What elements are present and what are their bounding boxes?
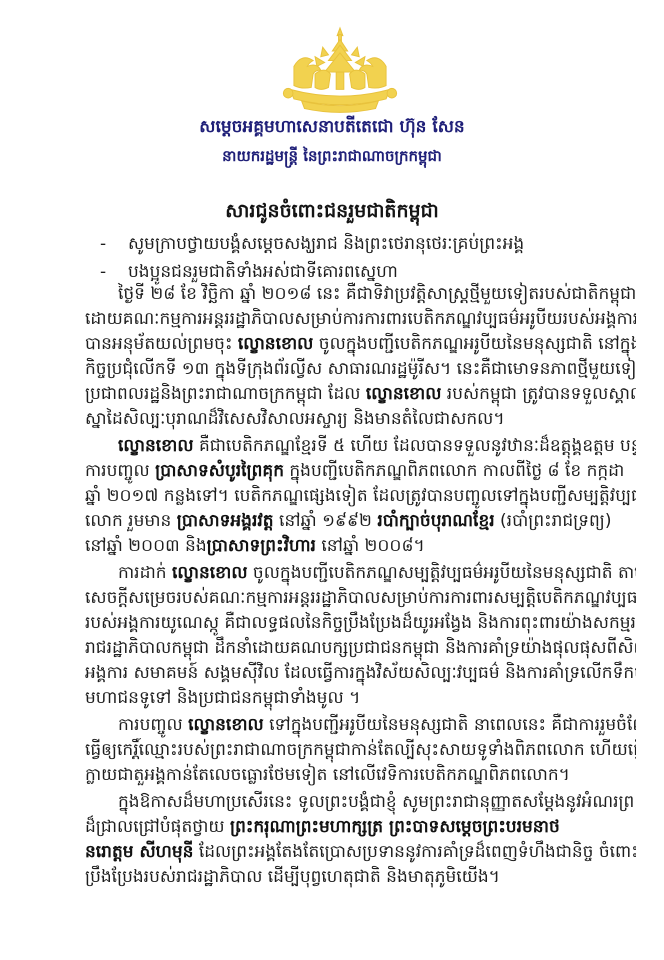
text-line: ការបញ្ចូល ល្ខោនខោល ទៅក្នុងបញ្ជីអរូបីយនៃម… — [85, 713, 636, 738]
text-segment: ប្រជាពលរដ្ឋនិងព្រះរាជាណាចក្រកម្ពុជា ដែល — [85, 384, 366, 404]
text-segment: នៅឆ្នាំ ២០០៣ និង — [85, 536, 207, 556]
text-segment: ដោយគណៈកម្មការអន្តររដ្ឋាភិបាលសម្រាប់ការកា… — [85, 309, 636, 329]
emphasized-text: ព្រះករុណាព្រះមហាក្សត្រ ព្រះបាទសម្តេចព្រះ… — [230, 817, 560, 837]
text-segment: លោក រួមមាន — [85, 511, 177, 531]
text-segment: ដ៏ជ្រាលជ្រៅបំផុតថ្វាយ — [85, 817, 230, 837]
emphasized-text: ល្ខោនខោល — [172, 563, 248, 583]
text-segment: ស្នាដៃសិល្បៈបុរាណដ៏វិសេសវិសាលអស្ចារ្យ និ… — [85, 409, 505, 429]
text-segment: របស់អង្គការយូណេស្កូ គឺជាលទ្ធផលនៃកិច្ចប្រ… — [85, 613, 636, 633]
paragraph: ការដាក់ ល្ខោនខោល ចូលក្នុងបញ្ជីបេតិកភណ្ឌស… — [85, 561, 636, 711]
text-line: មហាជនទូទៅ និងប្រជាជនកម្ពុជាទាំងមូល ។ — [85, 686, 636, 711]
paragraph: ល្ខោនខោល គឺជាបេតិកភណ្ឌខ្មែរទី ៥ ហើយ ដែលប… — [85, 434, 636, 559]
text-line: ប្រជាពលរដ្ឋនិងព្រះរាជាណាចក្រកម្ពុជា ដែល … — [85, 382, 636, 407]
text-line: ការដាក់ ល្ខោនខោល ចូលក្នុងបញ្ជីបេតិកភណ្ឌស… — [85, 561, 636, 586]
text-line: របស់អង្គការយូណេស្កូ គឺជាលទ្ធផលនៃកិច្ចប្រ… — [85, 611, 636, 636]
text-segment: ចូលក្នុងបញ្ជីបេតិកភណ្ឌសម្បត្តិវប្បធម៌អរូ… — [248, 563, 636, 583]
emphasized-text: ល្ខោនខោល — [238, 334, 314, 354]
text-segment: ទៅក្នុងបញ្ជីអរូបីយនៃមនុស្សជាតិ នាពេលនេះ … — [264, 715, 636, 735]
text-line: នៅឆ្នាំ ២០០៣ និងប្រាសាទព្រះវិហារ នៅឆ្នាំ… — [85, 534, 636, 559]
text-line: ល្ខោនខោល គឺជាបេតិកភណ្ឌខ្មែរទី ៥ ហើយ ដែលប… — [85, 434, 636, 459]
emphasized-text: ល្ខោនខោល — [366, 384, 442, 404]
page-title: សារជូនចំពោះជនរួមជាតិកម្ពុជា — [0, 199, 664, 227]
text-segment: ការដាក់ — [118, 563, 172, 583]
text-segment: ថ្ងៃទី ២៨ ខែ វិច្ឆិកា ឆ្នាំ ២០១៨ នេះ គឺជ… — [118, 284, 636, 304]
paragraph: ក្នុងឱកាសដ៏មហាប្រសើរនេះ ទូលព្រះបង្គំជាខ្… — [85, 790, 636, 890]
text-segment: សេចក្តីសម្រេចរបស់គណៈកម្មការអន្តររដ្ឋាភិប… — [85, 588, 636, 608]
text-segment: ក្នុងបញ្ជីបេតិកភណ្ឌពិភពលោក កាលពីថ្ងៃ ៨ ខ… — [284, 461, 624, 481]
text-line: ដោយគណៈកម្មការអន្តររដ្ឋាភិបាលសម្រាប់ការកា… — [85, 307, 636, 332]
text-line: រាជរដ្ឋាភិបាលកម្ពុជា ដឹកនាំដោយគណបក្សប្រជ… — [85, 636, 636, 661]
text-line: ការបញ្ចូល ប្រាសាទសំបូរព្រៃគុក ក្នុងបញ្ជី… — [85, 459, 636, 484]
text-segment: ឆ្នាំ ២០១៧ កន្លងទៅ។ បេតិកភណ្ឌផ្សេងទៀត ដែ… — [85, 486, 636, 506]
emphasized-text: ប្រាសាទអង្គរវត្ត — [177, 511, 274, 531]
text-line: សេចក្តីសម្រេចរបស់គណៈកម្មការអន្តររដ្ឋាភិប… — [85, 586, 636, 611]
text-segment: បានអនុម័តយល់ព្រមចុះ — [85, 334, 238, 354]
text-segment: រាជរដ្ឋាភិបាលកម្ពុជា ដឹកនាំដោយគណបក្សប្រជ… — [85, 638, 636, 658]
text-segment: ការបញ្ចូល — [85, 461, 155, 481]
text-segment: ចូលក្នុងបញ្ជីបេតិកភណ្ឌអរូបីយនៃមនុស្សជាតិ… — [313, 334, 636, 354]
text-line: ធ្វើឲ្យកេរ្តិ៍ឈ្មោះរបស់ព្រះរាជាណាចក្រកម្… — [85, 738, 636, 763]
text-segment: នៅឆ្នាំ ១៩៩២ — [274, 511, 378, 531]
text-line: ប្រឹងប្រែងរបស់រាជរដ្ឋាភិបាល ដើម្បីបុព្វហ… — [85, 865, 636, 890]
bullet-dash: - — [100, 230, 128, 258]
text-segment: ការបញ្ចូល — [118, 715, 188, 735]
paragraph: ការបញ្ចូល ល្ខោនខោល ទៅក្នុងបញ្ជីអរូបីយនៃម… — [85, 713, 636, 788]
emphasized-text: ប្រាសាទសំបូរព្រៃគុក — [155, 461, 284, 481]
text-line: លោក រួមមាន ប្រាសាទអង្គរវត្ត នៅឆ្នាំ ១៩៩២… — [85, 509, 636, 534]
text-segment: មហាជនទូទៅ និងប្រជាជនកម្ពុជាទាំងមូល ។ — [85, 688, 360, 708]
text-line: ស្នាដៃសិល្បៈបុរាណដ៏វិសេសវិសាលអស្ចារ្យ និ… — [85, 407, 636, 432]
text-segment: នៅឆ្នាំ ២០០៨។ — [316, 536, 425, 556]
text-line: បានអនុម័តយល់ព្រមចុះ ល្ខោនខោល ចូលក្នុងបញ្… — [85, 332, 636, 357]
letterhead-name: សម្តេចអគ្គមហាសេនាបតីតេជោ ហ៊ុន សែន — [0, 116, 664, 141]
document-page: សម្តេចអគ្គមហាសេនាបតីតេជោ ហ៊ុន សែន នាយករដ… — [0, 0, 664, 960]
text-line: អង្គការ សមាគមន៍ សង្គមស៊ីវិល ដែលធ្វើការក្… — [85, 661, 636, 686]
emphasized-text: ប្រាសាទព្រះវិហារ — [207, 536, 316, 556]
text-segment: ប្រឹងប្រែងរបស់រាជរដ្ឋាភិបាល ដើម្បីបុព្វហ… — [85, 867, 500, 887]
text-line: កិច្ចប្រជុំលើកទី ១៣ ក្នុងទីក្រុងព័រល្វីស… — [85, 357, 636, 382]
text-line: ក្លាយជាតួអង្គកាន់តែលេចធ្លោរថែមទៀត នៅលើវេ… — [85, 763, 636, 788]
emphasized-text: ល្ខោនខោល — [188, 715, 264, 735]
emphasized-text: ល្ខោនខោល — [118, 436, 194, 456]
text-line: នរោត្តម សីហមុនី ដែលព្រះអង្គតែងតែប្រោសប្រ… — [85, 840, 636, 865]
salutation-item: -សូមក្រាបថ្វាយបង្គំសម្តេចសង្ឃរាជ និងព្រះ… — [100, 230, 634, 258]
text-segment: គឺជាបេតិកភណ្ឌខ្មែរទី ៥ ហើយ ដែលបានទទួលនូវ… — [194, 436, 636, 456]
text-segment: កិច្ចប្រជុំលើកទី ១៣ ក្នុងទីក្រុងព័រល្វីស… — [85, 359, 636, 379]
body-text: ថ្ងៃទី ២៨ ខែ វិច្ឆិកា ឆ្នាំ ២០១៨ នេះ គឺជ… — [85, 282, 636, 892]
salutation-text: សូមក្រាបថ្វាយបង្គំសម្តេចសង្ឃរាជ និងព្រះថ… — [128, 230, 524, 258]
letterhead-title: នាយករដ្ឋមន្ត្រី នៃព្រះរាជាណាចក្រកម្ពុជា — [0, 147, 664, 169]
text-segment: ក្លាយជាតួអង្គកាន់តែលេចធ្លោរថែមទៀត នៅលើវេ… — [85, 765, 570, 785]
text-segment: (របាំព្រះរាជទ្រព្យ) — [495, 511, 612, 531]
text-segment: របស់កម្ពុជា ត្រូវបានទទួលស្គាល់ថាជា — [441, 384, 636, 404]
text-line: ដ៏ជ្រាលជ្រៅបំផុតថ្វាយ ព្រះករុណាព្រះមហាក្… — [85, 815, 636, 840]
text-line: ឆ្នាំ ២០១៧ កន្លងទៅ។ បេតិកភណ្ឌផ្សេងទៀត ដែ… — [85, 484, 636, 509]
emphasized-text: នរោត្តម សីហមុនី — [85, 842, 193, 862]
salutation-list: -សូមក្រាបថ្វាយបង្គំសម្តេចសង្ឃរាជ និងព្រះ… — [100, 230, 634, 286]
emphasized-text: របាំក្បាច់បុរាណខ្មែរ — [377, 511, 494, 531]
text-line: ថ្ងៃទី ២៨ ខែ វិច្ឆិកា ឆ្នាំ ២០១៨ នេះ គឺជ… — [85, 282, 636, 307]
text-segment: ក្នុងឱកាសដ៏មហាប្រសើរនេះ ទូលព្រះបង្គំជាខ្… — [118, 792, 636, 812]
royal-arms-of-cambodia-icon — [272, 26, 408, 122]
text-segment: ធ្វើឲ្យកេរ្តិ៍ឈ្មោះរបស់ព្រះរាជាណាចក្រកម្… — [85, 740, 636, 760]
text-segment: អង្គការ សមាគមន៍ សង្គមស៊ីវិល ដែលធ្វើការក្… — [85, 663, 636, 683]
text-segment: ដែលព្រះអង្គតែងតែប្រោសប្រទាននូវការគាំទ្រដ… — [193, 842, 636, 862]
text-line: ក្នុងឱកាសដ៏មហាប្រសើរនេះ ទូលព្រះបង្គំជាខ្… — [85, 790, 636, 815]
paragraph: ថ្ងៃទី ២៨ ខែ វិច្ឆិកា ឆ្នាំ ២០១៨ នេះ គឺជ… — [85, 282, 636, 432]
